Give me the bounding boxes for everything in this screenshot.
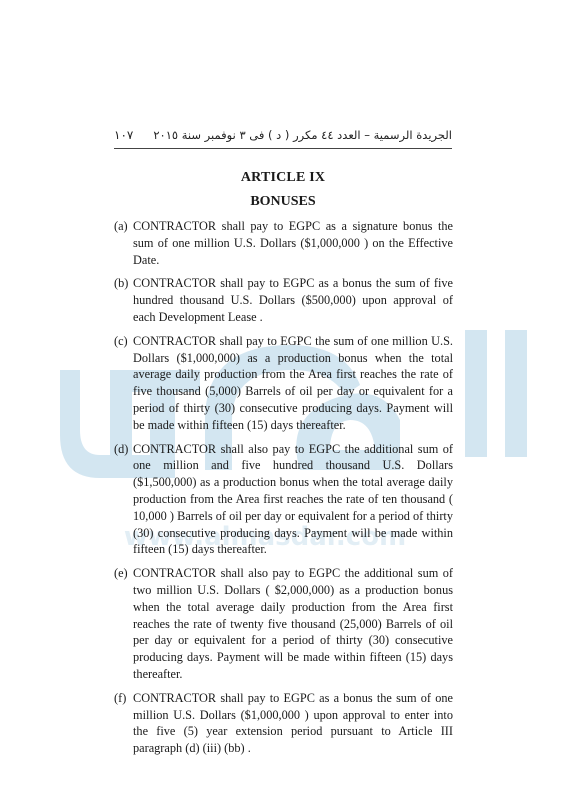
header-divider (114, 148, 452, 149)
clause-text: CONTRACTOR shall pay to EGPC the sum of … (133, 333, 453, 434)
clause-label: (f) (114, 690, 126, 707)
section-title: BONUSES (0, 194, 566, 210)
clause-text: CONTRACTOR shall pay to EGPC as a signat… (133, 218, 453, 268)
document-page: الجريدة الرسمية – العدد ٤٤ مكرر ( د ) فى… (0, 0, 566, 800)
running-header: الجريدة الرسمية – العدد ٤٤ مكرر ( د ) فى… (114, 124, 452, 146)
header-title: الجريدة الرسمية – العدد ٤٤ مكرر ( د ) فى… (153, 128, 452, 142)
clause-text: CONTRACTOR shall pay to EGPC as a bonus … (133, 690, 453, 757)
clause-label: (b) (114, 275, 128, 292)
article-title: ARTICLE IX (0, 170, 566, 186)
clause-label: (c) (114, 333, 128, 350)
clause-label: (e) (114, 565, 128, 582)
clause-text: CONTRACTOR shall also pay to EGPC the ad… (133, 441, 453, 559)
clause-text: CONTRACTOR shall pay to EGPC as a bonus … (133, 275, 453, 325)
clause-c: (c) CONTRACTOR shall pay to EGPC the sum… (114, 333, 453, 434)
clauses-list: (a) CONTRACTOR shall pay to EGPC as a si… (114, 218, 453, 764)
clause-b: (b) CONTRACTOR shall pay to EGPC as a bo… (114, 275, 453, 325)
clause-label: (d) (114, 441, 128, 458)
page-number: ١٠٧ (114, 128, 133, 142)
clause-d: (d) CONTRACTOR shall also pay to EGPC th… (114, 441, 453, 559)
clause-label: (a) (114, 218, 128, 235)
clause-f: (f) CONTRACTOR shall pay to EGPC as a bo… (114, 690, 453, 757)
clause-text: CONTRACTOR shall also pay to EGPC the ad… (133, 565, 453, 683)
clause-e: (e) CONTRACTOR shall also pay to EGPC th… (114, 565, 453, 683)
clause-a: (a) CONTRACTOR shall pay to EGPC as a si… (114, 218, 453, 268)
